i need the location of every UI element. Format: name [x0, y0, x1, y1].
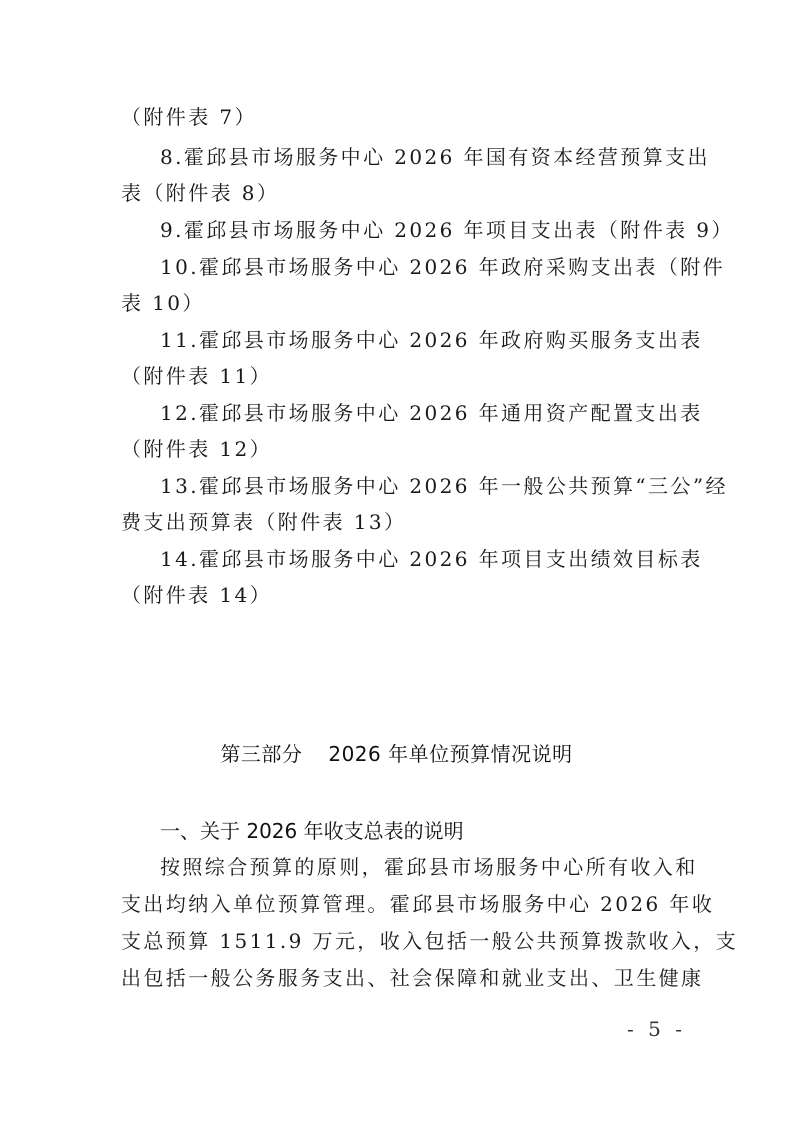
list-item-12-line2: （附件表 12）	[121, 437, 272, 461]
list-item-14-line2: （附件表 14）	[121, 583, 272, 607]
list-item-10-line1: 10.霍邱县市场服务中心 2026 年政府采购支出表（附件	[160, 255, 673, 279]
list-item-8-line2: 表（附件表 8）	[121, 181, 279, 205]
part-title-text: 2026 年单位预算情况说明	[328, 742, 572, 766]
paragraph-line-2: 支出均纳入单位预算管理。霍邱县市场服务中心 2026 年收	[121, 892, 673, 916]
list-item-10-line2: 表 10）	[121, 291, 205, 315]
list-item-11-line1: 11.霍邱县市场服务中心 2026 年政府购买服务支出表	[160, 328, 673, 352]
paragraph-line-3: 支总预算 1511.9 万元，收入包括一般公共预算拨款收入，支	[121, 929, 673, 953]
list-item-13-line1: 13.霍邱县市场服务中心 2026 年一般公共预算“三公”经	[160, 474, 673, 498]
list-item-11-line2: （附件表 11）	[121, 364, 272, 388]
list-item-12-line1: 12.霍邱县市场服务中心 2026 年通用资产配置支出表	[160, 401, 673, 425]
part-title: 第三部分2026 年单位预算情况说明	[0, 740, 793, 768]
paragraph-line-4: 出包括一般公务服务支出、社会保障和就业支出、卫生健康	[121, 966, 673, 990]
list-item-13-line2: 费支出预算表（附件表 13）	[121, 510, 406, 534]
list-continuation: （附件表 7）	[121, 105, 257, 129]
section-heading: 一、关于 2026 年收支总表的说明	[160, 818, 464, 844]
list-item-9-line1: 9.霍邱县市场服务中心 2026 年项目支出表（附件表 9）	[160, 218, 673, 242]
page-number: - 5 -	[627, 1017, 686, 1041]
paragraph-line-1: 按照综合预算的原则，霍邱县市场服务中心所有收入和	[160, 855, 673, 879]
part-label: 第三部分	[220, 742, 302, 766]
list-item-14-line1: 14.霍邱县市场服务中心 2026 年项目支出绩效目标表	[160, 547, 673, 571]
list-item-8-line1: 8.霍邱县市场服务中心 2026 年国有资本经营预算支出	[160, 145, 673, 169]
